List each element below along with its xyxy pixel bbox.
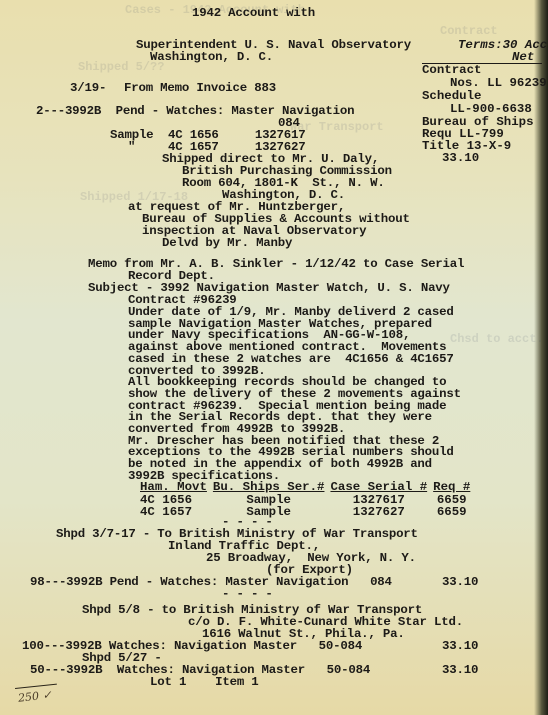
contract-nos: Nos. LL 96239	[450, 76, 547, 90]
page-edge-shadow	[534, 0, 548, 715]
shipment-entry: 98---3992B Pend - Watches: Master Naviga…	[30, 575, 392, 589]
entry-source: From Memo Invoice 883	[124, 81, 276, 95]
separator: - - - -	[222, 587, 273, 601]
schedule-no: LL-900-6638	[450, 102, 532, 116]
table-row: 4C 1657Sample13276276659	[140, 506, 476, 518]
table-cell: 4C 1657	[140, 506, 213, 518]
shipment-price: 33.10	[442, 575, 478, 589]
entry-line: 2---3992B Pend - Watches: Master Navigat…	[36, 104, 354, 118]
entry-date: 3/19-	[70, 81, 106, 95]
table-cell: 1327627	[330, 506, 433, 518]
sample-ditto: "	[128, 140, 135, 154]
schedule-label: Schedule	[422, 89, 482, 103]
movement-table: Ham. MovtBu. Ships Ser.#Case Serial #Req…	[140, 481, 476, 518]
account-title: 1942 Account with	[192, 6, 315, 20]
lot-item: Lot 1 Item 1	[150, 675, 259, 689]
request-line: Delvd by Mr. Manby	[162, 236, 292, 250]
handwritten-total: 250 ✓	[17, 688, 52, 704]
contract-label: Contract	[422, 63, 482, 77]
bleed-through-text: Chsd to acct.	[450, 332, 544, 346]
shipment-price: 33.10	[442, 663, 478, 677]
terms-net: Net	[512, 50, 534, 64]
bleed-through-text: Contract	[440, 24, 498, 38]
shipment-price: 33.10	[442, 639, 478, 653]
customer-city: Washington, D. C.	[150, 50, 273, 64]
table-cell: 6659	[433, 506, 476, 518]
unit-price: 33.10	[442, 151, 479, 165]
shipment-entry: 100---3992B Watches: Navigation Master 5…	[22, 639, 362, 653]
